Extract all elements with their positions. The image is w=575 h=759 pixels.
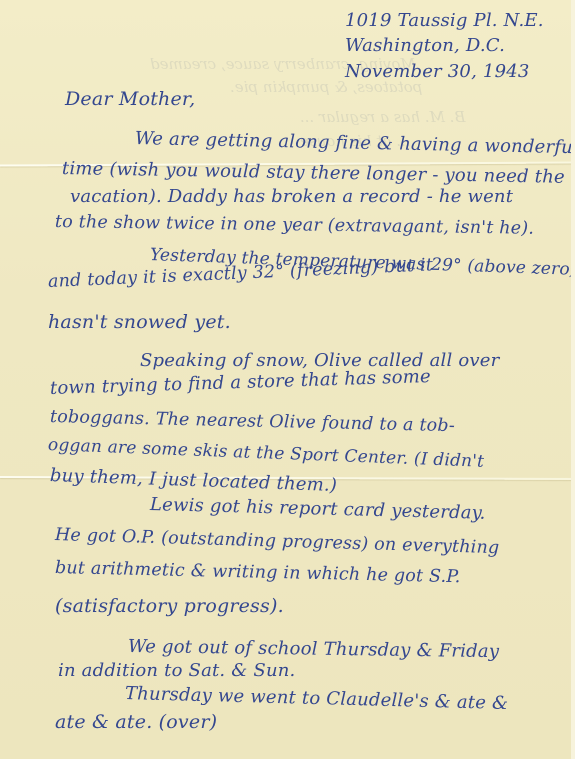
letter-line: We got out of school Thursday & Friday	[128, 636, 499, 662]
letter-line: ate & ate. (over)	[55, 711, 217, 733]
letter-line: hasn't snowed yet.	[48, 311, 231, 333]
address-line-2: Washington, D.C.	[345, 35, 505, 56]
letter-line: toboggans. The nearest Olive found to a …	[50, 407, 455, 436]
letter-line: Speaking of snow, Olive called all over	[140, 350, 499, 371]
letter-line: but arithmetic & writing in which he got…	[55, 558, 461, 587]
letter-line: (satisfactory progress).	[55, 595, 284, 617]
letter-line: in addition to Sat. & Sun.	[58, 660, 295, 681]
letter-line: to the show twice in one year (extravaga…	[55, 212, 534, 239]
letter-line: Lewis got his report card yesterday.	[150, 494, 486, 524]
letter-line: Thursday we went to Claudelle's & ate &	[125, 683, 509, 714]
letter-page: Moving, cranberry sauce, creamed potatoe…	[0, 0, 575, 759]
letter-line: buy them, I just located them.)	[50, 465, 338, 496]
salutation: Dear Mother,	[65, 88, 195, 110]
address-line-1: 1019 Taussig Pl. N.E.	[345, 10, 544, 31]
show-through-text: B. M. has a regular ...	[300, 108, 466, 126]
letter-date: November 30, 1943	[345, 61, 530, 82]
letter-line: We are getting along fine & having a won…	[135, 128, 575, 158]
letter-line: He got O.P. (outstanding progress) on ev…	[55, 525, 500, 558]
letter-line: vacation). Daddy has broken a record - h…	[70, 186, 513, 207]
